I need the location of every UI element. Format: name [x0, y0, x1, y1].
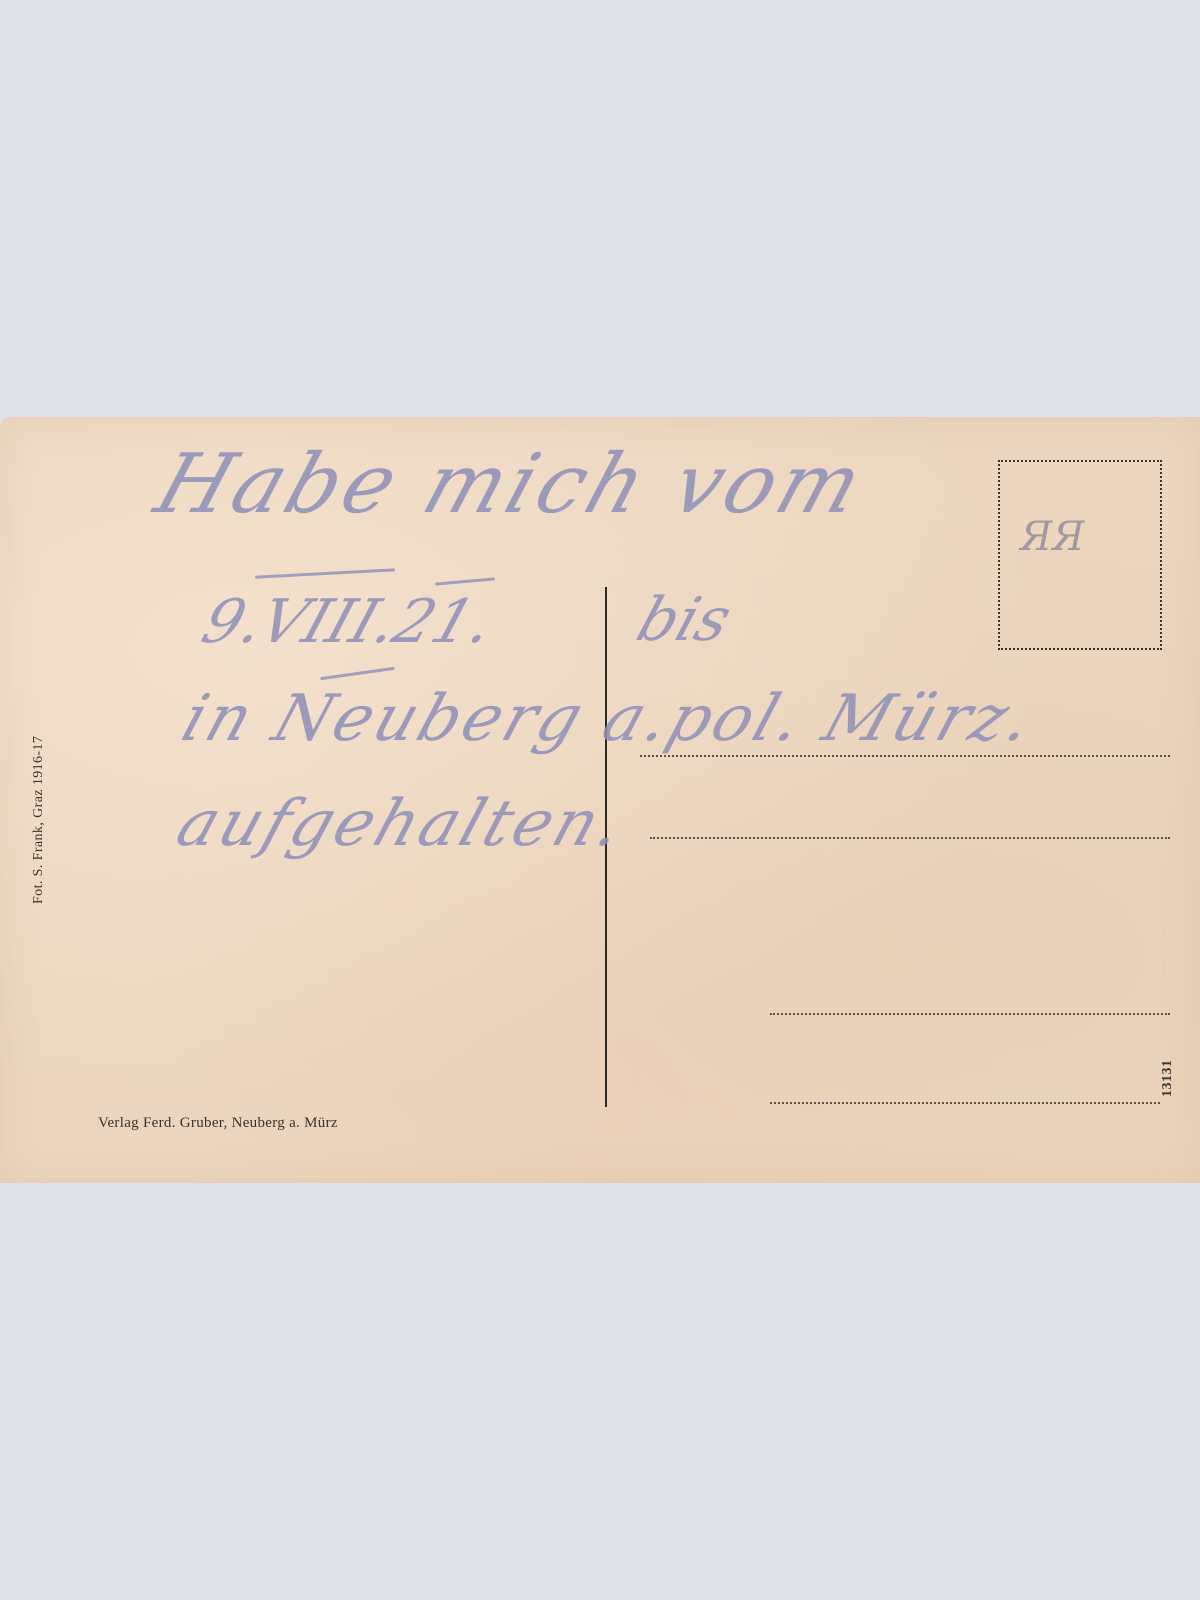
handwritten-line-1: Habe mich vom [145, 437, 878, 532]
publisher-text: Verlag Ferd. Gruber, Neuberg a. Mürz [98, 1115, 338, 1132]
underline-month [320, 667, 395, 680]
address-line-2 [650, 837, 1170, 839]
underline-habe [255, 568, 395, 578]
handwritten-line-3: in Neuberg a.pol. Mürz. [173, 682, 1044, 756]
stamp-box-handwritten-note: ЯЯ [1020, 514, 1085, 560]
address-line-4 [770, 1102, 1160, 1104]
handwritten-line-4: aufgehalten. [168, 787, 635, 861]
postcard-back: Fot. S. Frank, Graz 1916-17 ЯЯ Habe mich… [0, 417, 1200, 1183]
address-line-3 [770, 1013, 1170, 1015]
serial-number: 13131 [1160, 1060, 1176, 1098]
photo-credit-text: Fot. S. Frank, Graz 1916-17 [31, 736, 47, 904]
handwritten-date: 9.VIII.21. [194, 587, 503, 657]
handwritten-bis: bis [629, 585, 740, 655]
underline-year [435, 577, 495, 585]
